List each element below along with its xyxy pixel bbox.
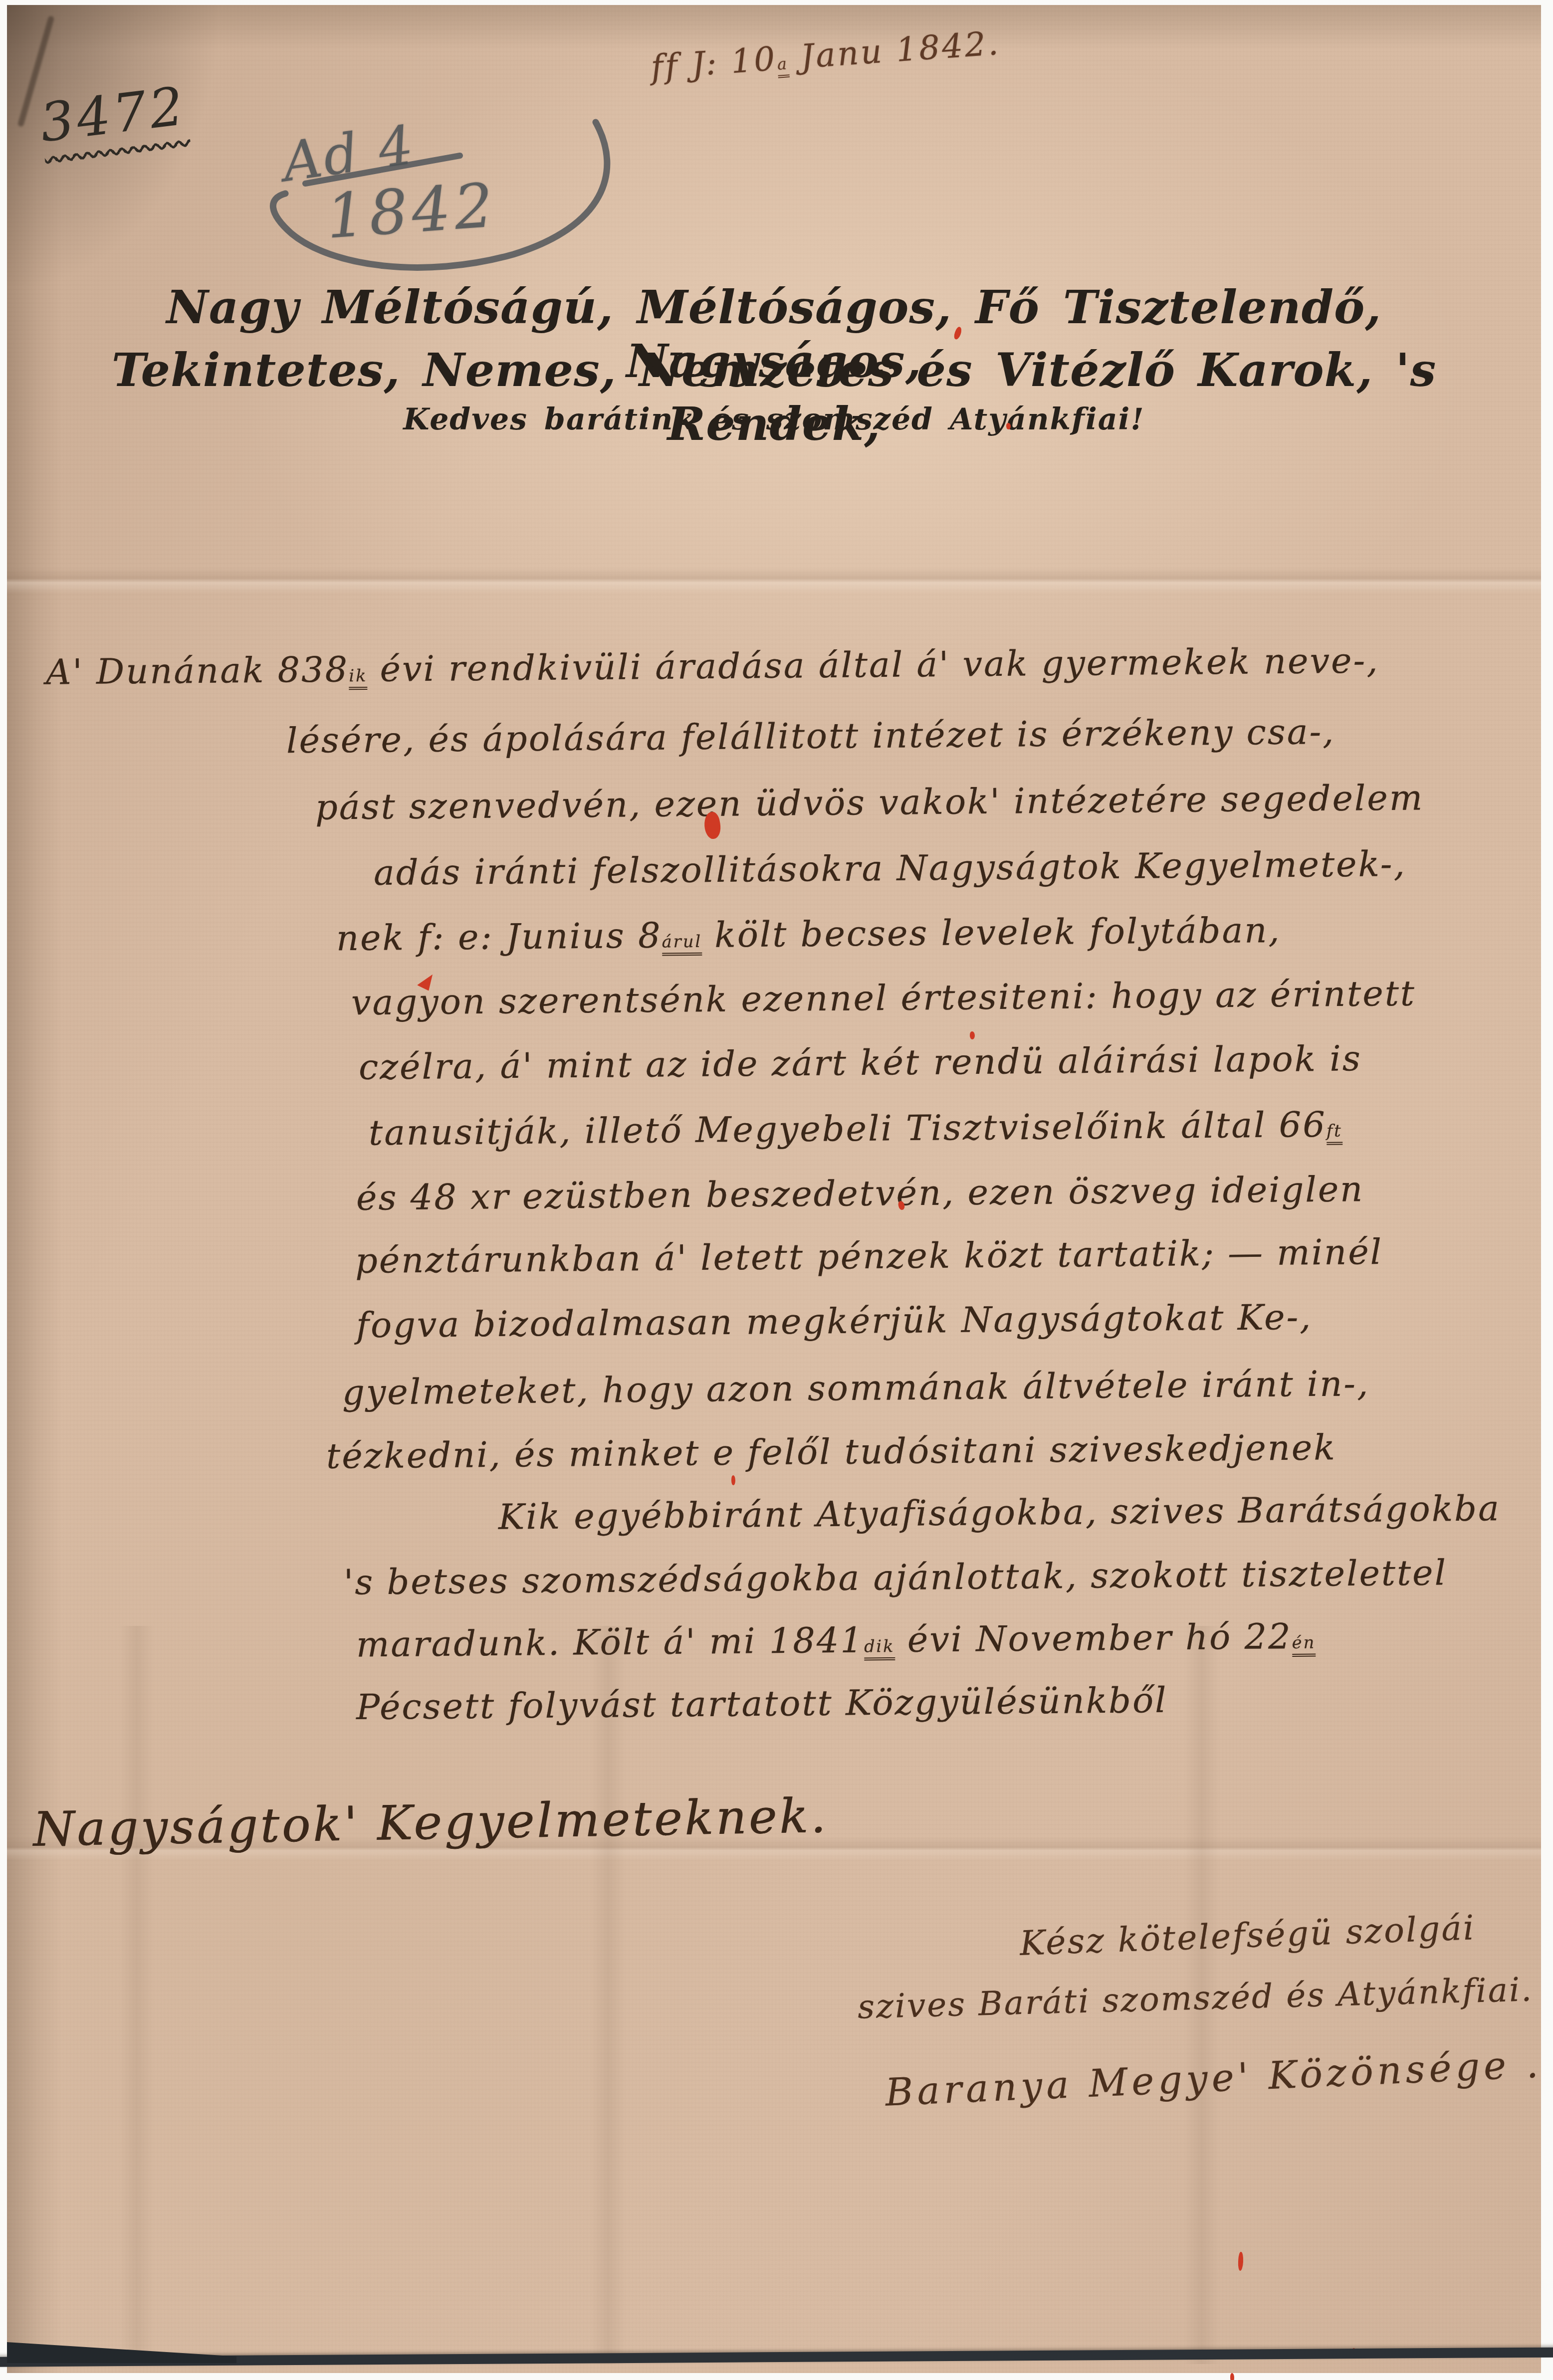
body-line: czélra, á' mint az ide zárt két rendü al… (359, 1038, 1362, 1088)
body-line: maradunk. Költ á' mi 1841dik évi Novembe… (356, 1616, 1316, 1665)
body-line: adás iránti felszollitásokra Nagyságtok … (374, 843, 1406, 893)
body-line: gyelmeteket, hogy azon sommának áltvétel… (342, 1363, 1370, 1413)
wax-speck (1230, 2373, 1234, 2380)
body-line: nek f: e: Junius 8árul költ becses level… (336, 910, 1281, 959)
body-line: Pécsett folyvást tartatott Közgyülésünkb… (356, 1680, 1168, 1728)
body-line: tézkedni, és minket e felől tudósitani s… (326, 1427, 1336, 1477)
body-line: és 48 xr ezüstben beszedetvén, ezen öszv… (356, 1169, 1364, 1218)
paper-sheet: 3472 Ad 4 1842 ff J: 10a Janu 1842. Nagy… (7, 5, 1541, 2373)
vertical-crease (119, 1626, 154, 2364)
body-line: pást szenvedvén, ezen üdvös vakok' intéz… (315, 777, 1424, 827)
printed-header-line3: Kedves barátink és szomszéd Atyánkfiai! (7, 402, 1541, 437)
wax-speck (731, 1475, 735, 1485)
closing-line: Kész kötelefségü szolgái (1019, 1908, 1476, 1964)
wax-speck (1238, 2252, 1244, 2271)
wax-speck (1006, 423, 1011, 429)
body-line: pénztárunkban á' letett pénzek közt tart… (355, 1231, 1383, 1281)
vertical-crease (591, 1626, 626, 2364)
body-line: lésére, és ápolására felállitott intézet… (286, 711, 1335, 761)
scanned-letter: 3472 Ad 4 1842 ff J: 10a Janu 1842. Nagy… (0, 0, 1553, 2380)
wax-speck (970, 1031, 975, 1039)
body-line: vagyon szerentsénk ezennel értesiteni: h… (351, 973, 1416, 1023)
body-line: tanusitják, illető Megyebeli Tisztviselő… (369, 1104, 1342, 1153)
body-line: A' Dunának 838ik évi rendkivüli áradása … (46, 640, 1379, 692)
horizontal-fold-crease (7, 568, 1541, 594)
body-line: Kik egyébbiránt Atyafiságokba, szives Ba… (498, 1488, 1501, 1538)
body-line: fogva bizodalmasan megkérjük Nagyságtoka… (356, 1297, 1313, 1346)
pencil-filing-year: 1842 (324, 170, 499, 252)
body-line: 's betses szomszédságokba ajánlottak, sz… (344, 1552, 1448, 1602)
